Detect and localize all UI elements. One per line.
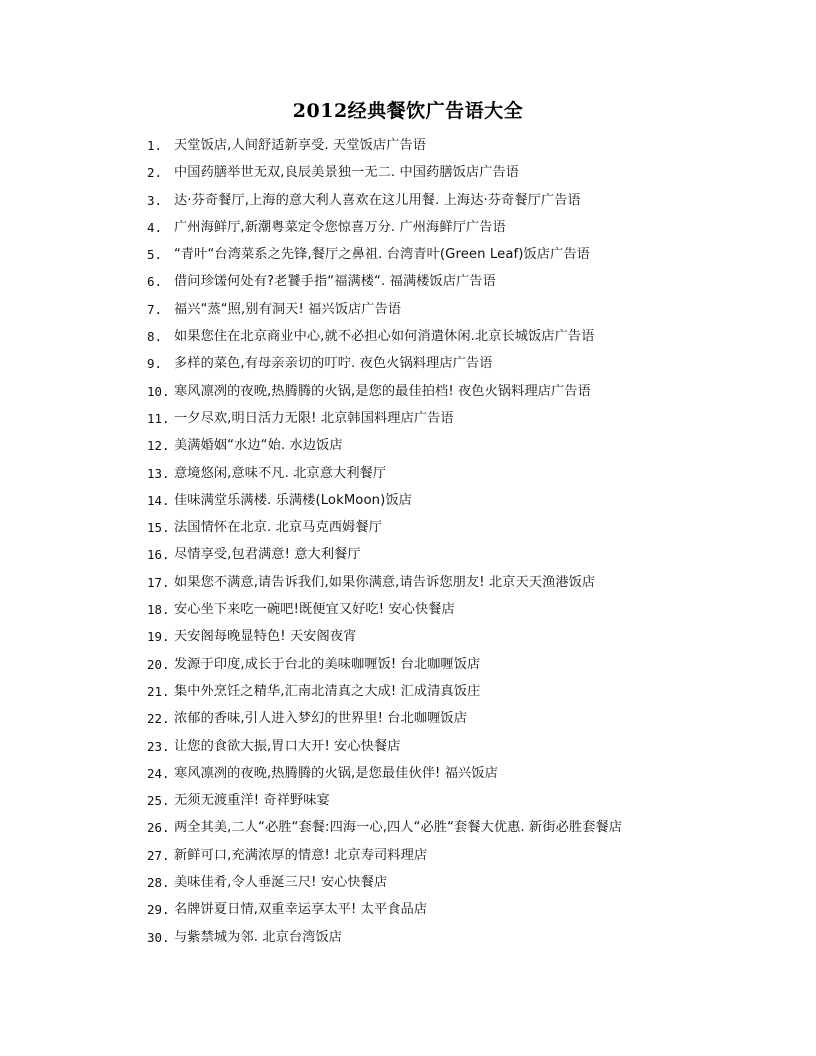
- item-text: 集中外烹饪之精华,汇南北清真之大成! 汇成清真饭庄: [174, 683, 480, 701]
- item-text: 中国药膳举世无双,良辰美景独一无二. 中国药膳饭店广告语: [174, 164, 519, 182]
- list-item: 27. 新鲜可口,充满浓厚的情意! 北京寿司料理店: [147, 847, 707, 874]
- list-item: 20. 发源于印度,成长于台北的美味咖喱饭! 台北咖喱饭店: [147, 656, 707, 683]
- item-number: 13.: [147, 465, 174, 483]
- item-text: 借问珍馐何处有?老饕手指“福满楼“. 福满楼饭店广告语: [174, 273, 496, 291]
- list-item: 23. 让您的食欲大振,胃口大开! 安心快餐店: [147, 738, 707, 765]
- item-number: 24.: [147, 765, 174, 783]
- item-text: 与紫禁城为邻. 北京台湾饭店: [174, 929, 342, 947]
- item-text: 让您的食欲大振,胃口大开! 安心快餐店: [174, 738, 401, 756]
- item-text: 尽情享受,包君满意! 意大利餐厅: [174, 546, 361, 564]
- item-number: 19.: [147, 628, 174, 646]
- list-item: 16. 尽情享受,包君满意! 意大利餐厅: [147, 546, 707, 573]
- item-number: 5.: [147, 246, 174, 264]
- list-item: 12. 美满婚姻“水边“始. 水边饭店: [147, 437, 707, 464]
- list-item: 6. 借问珍馐何处有?老饕手指“福满楼“. 福满楼饭店广告语: [147, 273, 707, 300]
- item-number: 2.: [147, 164, 174, 182]
- list-item: 5. “青叶“台湾菜系之先锋,餐厅之鼻祖. 台湾青叶(Green Leaf)饭店…: [147, 246, 707, 273]
- item-text: 天安阁每晚显特色! 天安阁夜宵: [174, 628, 356, 646]
- list-item: 8. 如果您住在北京商业中心,就不必担心如何消遣休闲.北京长城饭店广告语: [147, 328, 707, 355]
- item-text: 寒风凛冽的夜晚,热腾腾的火锅,是您的最佳拍档! 夜色火锅料理店广告语: [174, 383, 591, 401]
- item-number: 16.: [147, 546, 174, 564]
- item-text: 名牌饼夏日情,双重幸运享太平! 太平食品店: [174, 901, 427, 919]
- list-item: 2. 中国药膳举世无双,良辰美景独一无二. 中国药膳饭店广告语: [147, 164, 707, 191]
- item-number: 17.: [147, 574, 174, 592]
- item-number: 6.: [147, 273, 174, 291]
- list-item: 17. 如果您不满意,请告诉我们,如果你满意,请告诉您朋友! 北京天天渔港饭店: [147, 574, 707, 601]
- item-text: 寒风凛冽的夜晚,热腾腾的火锅,是您最佳伙伴! 福兴饭店: [174, 765, 498, 783]
- item-text: 福兴“蒸“照,别有洞天! 福兴饭店广告语: [174, 301, 401, 319]
- item-number: 20.: [147, 656, 174, 674]
- list-item: 11. 一夕尽欢,明日活力无限! 北京韩国料理店广告语: [147, 410, 707, 437]
- item-number: 27.: [147, 847, 174, 865]
- item-number: 25.: [147, 792, 174, 810]
- list-item: 9. 多样的菜色,有母亲亲切的叮咛. 夜色火锅料理店广告语: [147, 355, 707, 382]
- item-number: 10.: [147, 383, 174, 401]
- slogan-list: 1. 天堂饭店,人间舒适新享受. 天堂饭店广告语 2. 中国药膳举世无双,良辰美…: [147, 137, 707, 956]
- document-page: 2012经典餐饮广告语大全 1. 天堂饭店,人间舒适新享受. 天堂饭店广告语 2…: [0, 0, 816, 1056]
- item-text: 一夕尽欢,明日活力无限! 北京韩国料理店广告语: [174, 410, 454, 428]
- list-item: 19. 天安阁每晚显特色! 天安阁夜宵: [147, 628, 707, 655]
- item-text: 达·芬奇餐厅,上海的意大利人喜欢在这儿用餐. 上海达·芬奇餐厅广告语: [174, 192, 581, 210]
- item-text: 美满婚姻“水边“始. 水边饭店: [174, 437, 343, 455]
- item-text: 新鲜可口,充满浓厚的情意! 北京寿司料理店: [174, 847, 427, 865]
- item-text: 安心坐下来吃一碗吧!既便宜又好吃! 安心快餐店: [174, 601, 455, 619]
- item-text: “青叶“台湾菜系之先锋,餐厅之鼻祖. 台湾青叶(Green Leaf)饭店广告语: [174, 246, 590, 264]
- item-number: 21.: [147, 683, 174, 701]
- list-item: 10. 寒风凛冽的夜晚,热腾腾的火锅,是您的最佳拍档! 夜色火锅料理店广告语: [147, 383, 707, 410]
- item-text: 佳味满堂乐满楼. 乐满楼(LokMoon)饭店: [174, 492, 412, 510]
- item-number: 11.: [147, 410, 174, 428]
- item-number: 22.: [147, 710, 174, 728]
- item-text: 如果您不满意,请告诉我们,如果你满意,请告诉您朋友! 北京天天渔港饭店: [174, 574, 595, 592]
- item-number: 12.: [147, 437, 174, 455]
- item-number: 28.: [147, 874, 174, 892]
- list-item: 14. 佳味满堂乐满楼. 乐满楼(LokMoon)饭店: [147, 492, 707, 519]
- list-item: 29. 名牌饼夏日情,双重幸运享太平! 太平食品店: [147, 901, 707, 928]
- item-text: 无须无渡重洋! 奇祥野味宴: [174, 792, 330, 810]
- list-item: 4. 广州海鲜厅,新潮粤菜定令您惊喜万分. 广州海鲜厅广告语: [147, 219, 707, 246]
- list-item: 24. 寒风凛冽的夜晚,热腾腾的火锅,是您最佳伙伴! 福兴饭店: [147, 765, 707, 792]
- list-item: 21. 集中外烹饪之精华,汇南北清真之大成! 汇成清真饭庄: [147, 683, 707, 710]
- item-text: 意境悠闲,意味不凡. 北京意大利餐厅: [174, 465, 386, 483]
- list-item: 13. 意境悠闲,意味不凡. 北京意大利餐厅: [147, 465, 707, 492]
- list-item: 15. 法国情怀在北京. 北京马克西姆餐厅: [147, 519, 707, 546]
- item-number: 26.: [147, 819, 174, 837]
- list-item: 26. 两全其美,二人“必胜“套餐:四海一心,四人“必胜“套餐大优惠. 新街必胜…: [147, 819, 707, 846]
- list-item: 3. 达·芬奇餐厅,上海的意大利人喜欢在这儿用餐. 上海达·芬奇餐厅广告语: [147, 192, 707, 219]
- document-title: 2012经典餐饮广告语大全: [0, 96, 816, 123]
- item-number: 4.: [147, 219, 174, 237]
- item-text: 发源于印度,成长于台北的美味咖喱饭! 台北咖喱饭店: [174, 656, 480, 674]
- item-number: 1.: [147, 137, 174, 155]
- list-item: 28. 美味佳肴,令人垂涎三尺! 安心快餐店: [147, 874, 707, 901]
- item-text: 如果您住在北京商业中心,就不必担心如何消遣休闲.北京长城饭店广告语: [174, 328, 595, 346]
- item-text: 广州海鲜厅,新潮粤菜定令您惊喜万分. 广州海鲜厅广告语: [174, 219, 506, 237]
- item-text: 天堂饭店,人间舒适新享受. 天堂饭店广告语: [174, 137, 426, 155]
- item-text: 法国情怀在北京. 北京马克西姆餐厅: [174, 519, 382, 537]
- list-item: 30. 与紫禁城为邻. 北京台湾饭店: [147, 929, 707, 956]
- item-text: 浓郁的香味,引人进入梦幻的世界里! 台北咖喱饭店: [174, 710, 467, 728]
- item-number: 14.: [147, 492, 174, 510]
- item-number: 3.: [147, 192, 174, 210]
- list-item: 1. 天堂饭店,人间舒适新享受. 天堂饭店广告语: [147, 137, 707, 164]
- item-number: 29.: [147, 901, 174, 919]
- list-item: 7. 福兴“蒸“照,别有洞天! 福兴饭店广告语: [147, 301, 707, 328]
- list-item: 18. 安心坐下来吃一碗吧!既便宜又好吃! 安心快餐店: [147, 601, 707, 628]
- item-text: 两全其美,二人“必胜“套餐:四海一心,四人“必胜“套餐大优惠. 新街必胜套餐店: [174, 819, 622, 837]
- item-text: 美味佳肴,令人垂涎三尺! 安心快餐店: [174, 874, 387, 892]
- item-number: 23.: [147, 738, 174, 756]
- item-text: 多样的菜色,有母亲亲切的叮咛. 夜色火锅料理店广告语: [174, 355, 493, 373]
- item-number: 9.: [147, 355, 174, 373]
- item-number: 30.: [147, 929, 174, 947]
- item-number: 15.: [147, 519, 174, 537]
- item-number: 7.: [147, 301, 174, 319]
- list-item: 25. 无须无渡重洋! 奇祥野味宴: [147, 792, 707, 819]
- list-item: 22. 浓郁的香味,引人进入梦幻的世界里! 台北咖喱饭店: [147, 710, 707, 737]
- item-number: 18.: [147, 601, 174, 619]
- item-number: 8.: [147, 328, 174, 346]
